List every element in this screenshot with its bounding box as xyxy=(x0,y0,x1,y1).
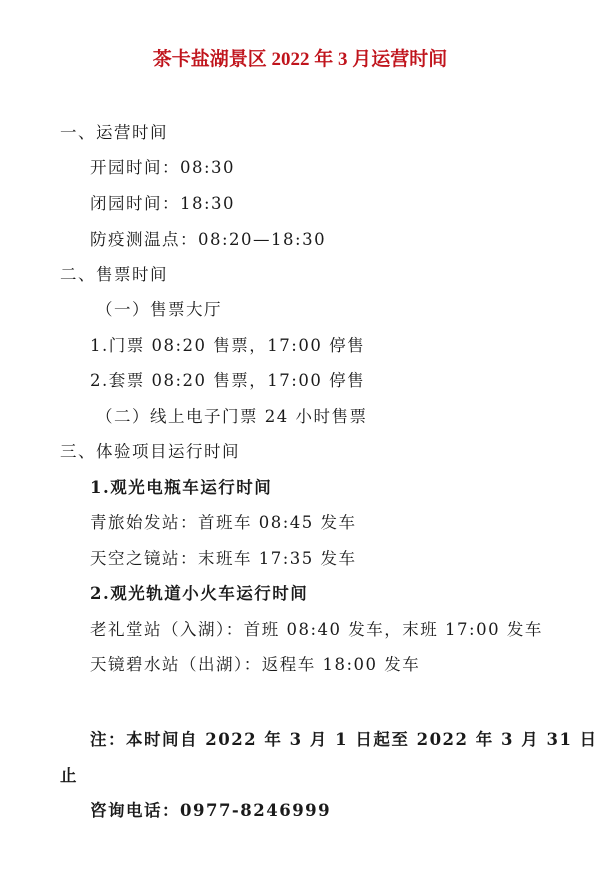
temperature-check-time: 防疫测温点：08:20—18:30 xyxy=(90,229,326,251)
shuttle-bus-subheading: 1.观光电瓶车运行时间 xyxy=(90,477,272,499)
document-title: 茶卡盐湖景区 2022 年 3 月运营时间 xyxy=(0,44,600,71)
opening-time: 开园时间：08:30 xyxy=(90,157,235,179)
online-ticket-hours: （二）线上电子门票 24 小时售票 xyxy=(96,406,368,428)
gate-ticket-hours: 1.门票 08:20 售票，17:00 停售 xyxy=(90,335,365,357)
train-return-schedule: 天镜碧水站（出湖）：返程车 18:00 发车 xyxy=(90,654,420,676)
validity-note: 注：本时间自 2022 年 3 月 1 日起至 2022 年 3 月 31 日 xyxy=(90,729,598,751)
shuttle-first-departure: 青旅始发站：首班车 08:45 发车 xyxy=(90,512,357,534)
package-ticket-hours: 2.套票 08:20 售票，17:00 停售 xyxy=(90,370,365,392)
train-subheading: 2.观光轨道小火车运行时间 xyxy=(90,583,308,605)
section-heading-attractions: 三、体验项目运行时间 xyxy=(60,441,240,463)
section-heading-operating-hours: 一、运营时间 xyxy=(60,122,168,144)
train-inbound-schedule: 老礼堂站（入湖）：首班 08:40 发车，末班 17:00 发车 xyxy=(90,619,543,641)
ticket-hall-subheading: （一）售票大厅 xyxy=(96,299,222,321)
closing-time: 闭园时间：18:30 xyxy=(90,193,235,215)
section-heading-ticket-hours: 二、售票时间 xyxy=(60,264,168,286)
validity-note-continuation: 止 xyxy=(60,765,78,787)
shuttle-last-departure: 天空之镜站：末班车 17:35 发车 xyxy=(90,548,357,570)
contact-phone: 咨询电话：0977-8246999 xyxy=(90,800,331,822)
